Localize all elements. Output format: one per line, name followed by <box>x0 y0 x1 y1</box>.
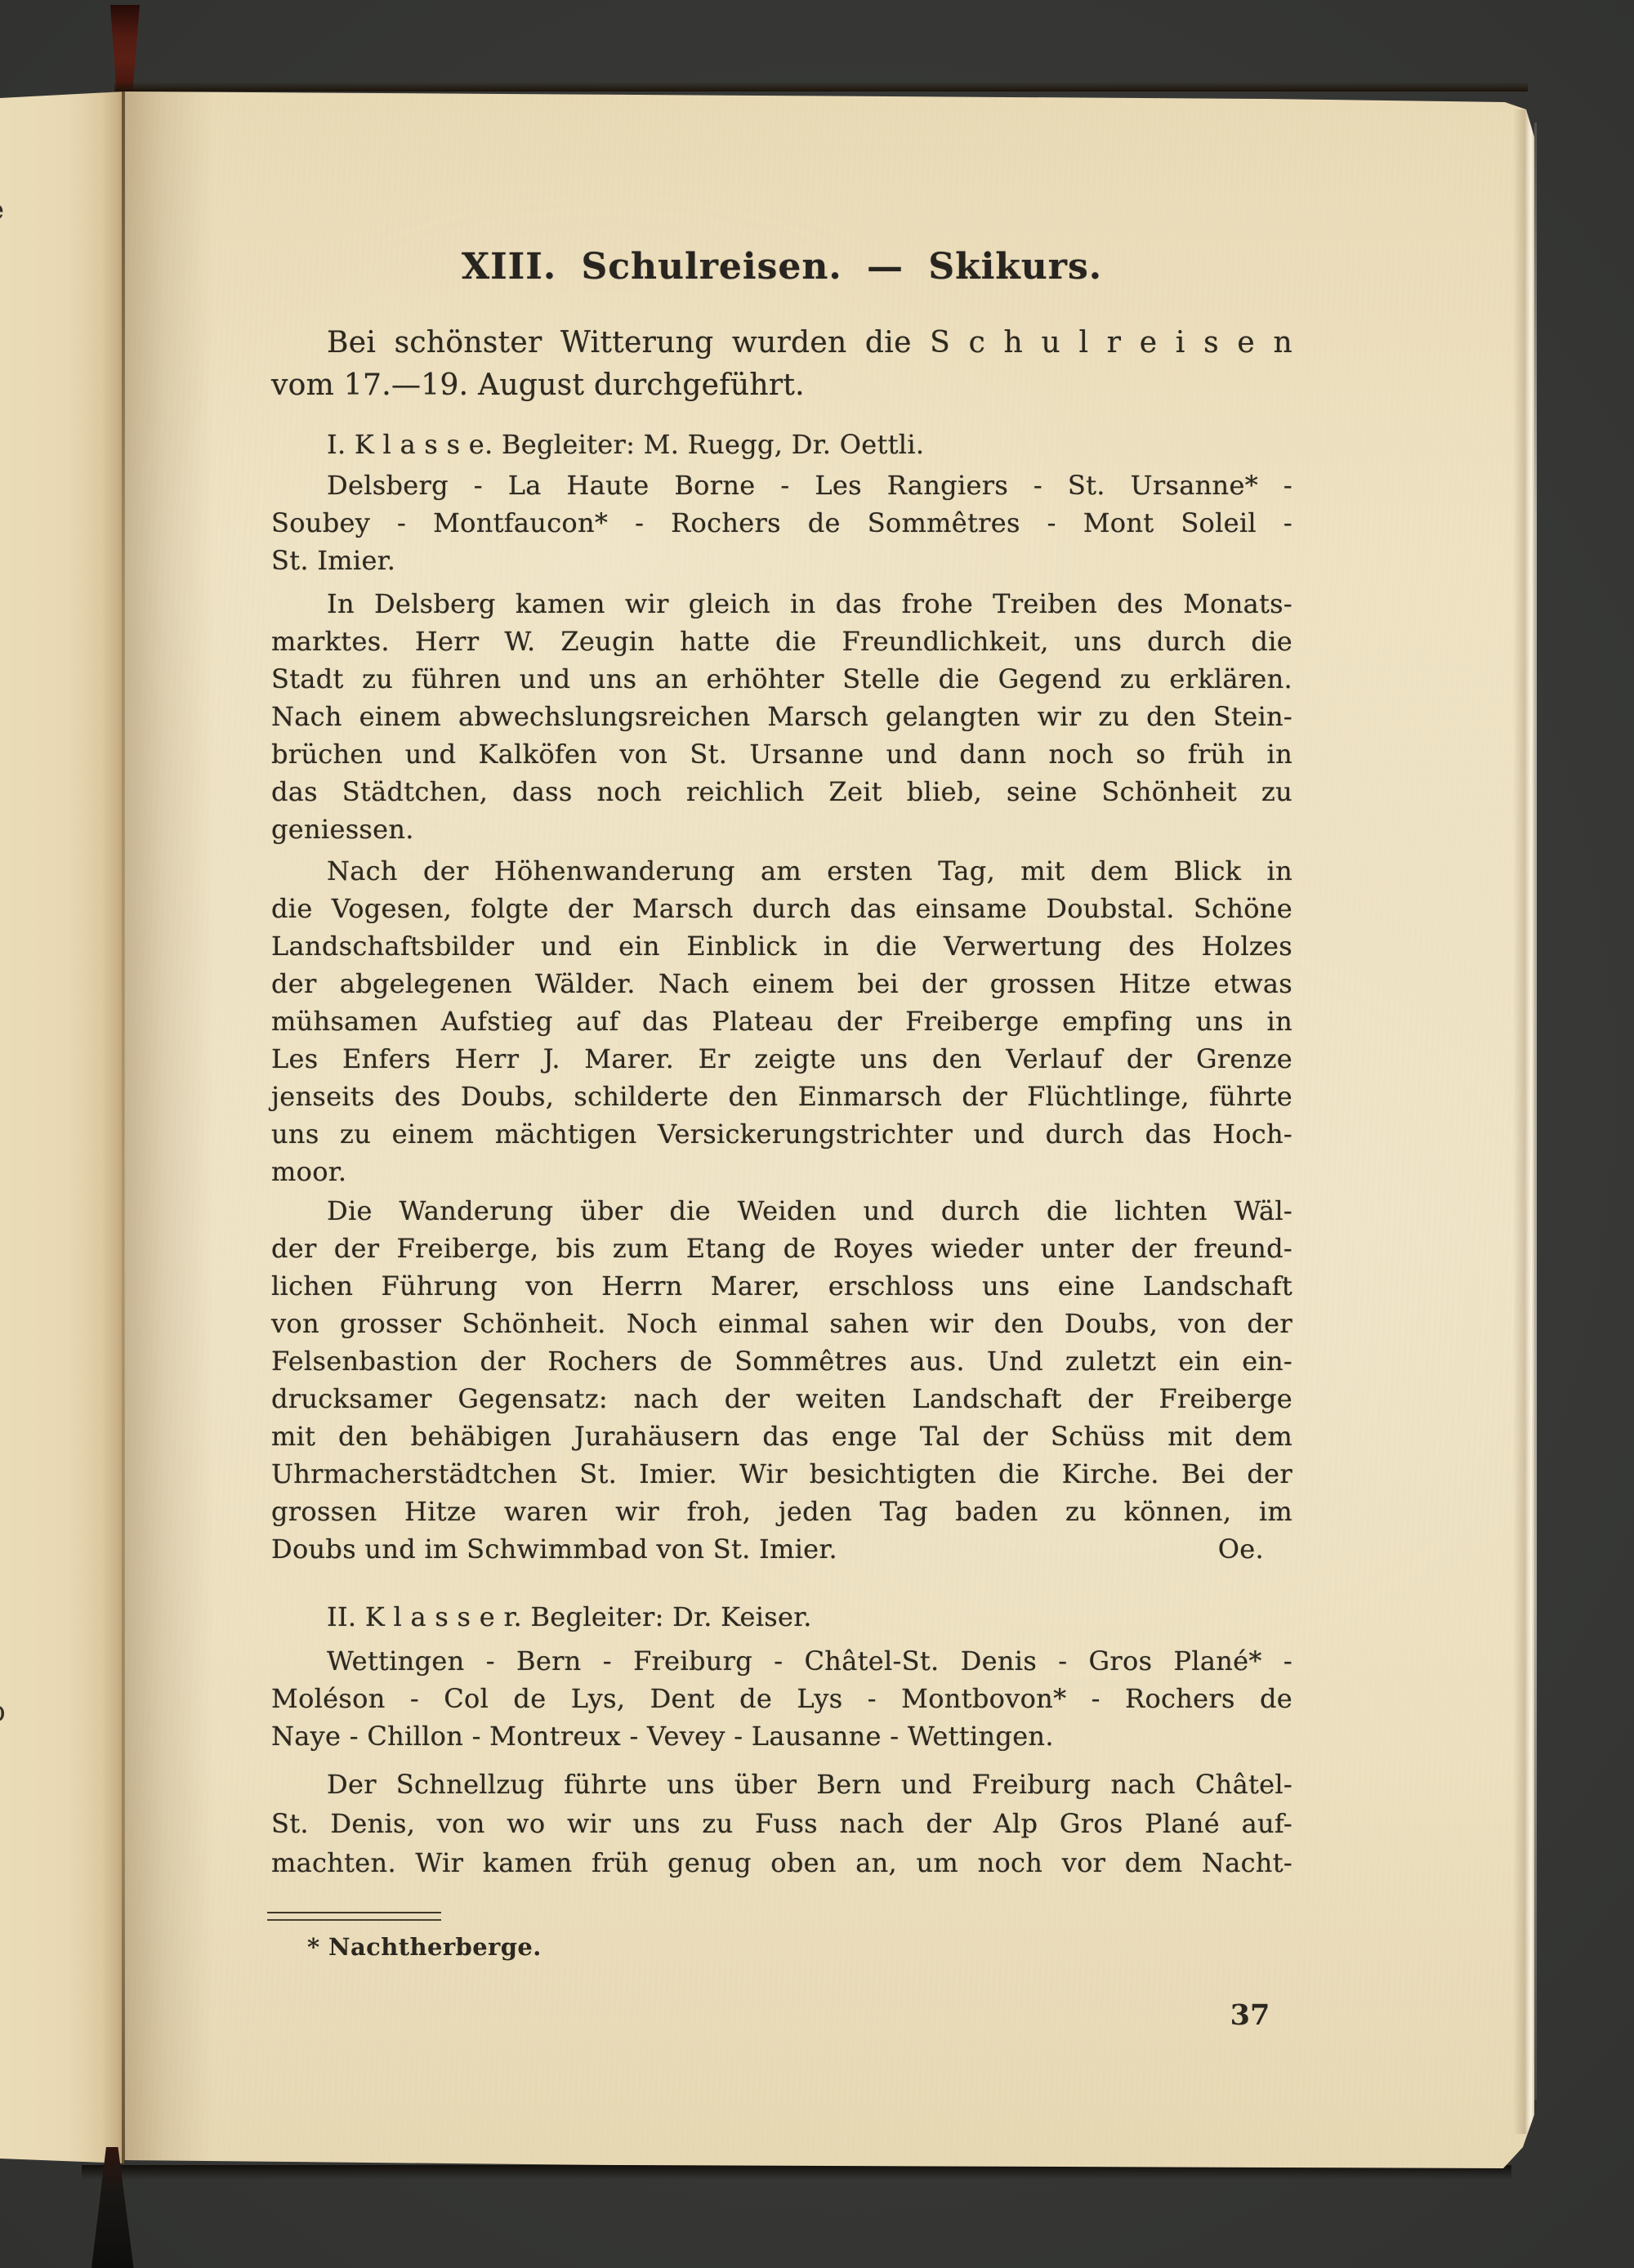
author-initials: Oe. <box>1218 1530 1264 1568</box>
text: Doubs und im Schwimmbad von St. Imier. <box>271 1530 837 1568</box>
text-line: grossen Hitze waren wir froh, jeden Tag … <box>271 1493 1292 1530</box>
text-line: Felsenbastion der Rochers de Sommêtres a… <box>271 1342 1292 1380</box>
text-line: der der Freiberge, bis zum Etang de Roye… <box>271 1230 1292 1267</box>
text-line: uns zu einem mächtigen Versickerungstric… <box>271 1115 1292 1153</box>
page-title: XIII. Schulreisen. — Skikurs. <box>271 246 1292 288</box>
paragraph: Der Schnellzug führte uns über Bern und … <box>271 1765 1292 1882</box>
text-line: brüchen und Kalköfen von St. Ursanne und… <box>271 735 1292 773</box>
text-line: Uhrmacherstädtchen St. Imier. Wir besich… <box>271 1455 1292 1493</box>
text-line: Die Wanderung über die Weiden und durch … <box>271 1192 1292 1230</box>
text-line: Les Enfers Herr J. Marer. Er zeigte uns … <box>271 1040 1292 1078</box>
text-line: Stadt zu führen und uns an erhöhter Stel… <box>271 660 1292 698</box>
text-line: das Städtchen, dass noch reichlich Zeit … <box>271 773 1292 810</box>
section-heading: I. K l a s s e. Begleiter: M. Ruegg, Dr.… <box>271 426 1292 463</box>
text-line: Moléson - Col de Lys, Dent de Lys - Mont… <box>271 1680 1292 1717</box>
text-line: Nach der Höhenwanderung am ersten Tag, m… <box>271 852 1292 890</box>
text-line: marktes. Herr W. Zeugin hatte die Freund… <box>271 623 1292 660</box>
page-number: 37 <box>1224 1998 1276 2032</box>
text-line: der abgelegenen Wälder. Nach einem bei d… <box>271 965 1292 1002</box>
text-line: Soubey - Montfaucon* - Rochers de Sommêt… <box>271 504 1292 542</box>
text-line: moor. <box>271 1153 1292 1190</box>
footnote: * Nachtherberge. <box>307 1933 542 1961</box>
text-line: vom 17.—19. August durchgeführt. <box>271 364 1292 407</box>
paragraph: Wettingen - Bern - Freiburg - Châtel-St.… <box>271 1642 1292 1755</box>
paragraph: Die Wanderung über die Weiden und durch … <box>271 1192 1292 1568</box>
text-line: mühsamen Aufstieg auf das Plateau der Fr… <box>271 1002 1292 1040</box>
scanned-book-photo: e---.---'b XIII. Schulreisen. — Skikurs.… <box>0 0 1634 2268</box>
text-line: drucksamer Gegensatz: nach der weiten La… <box>271 1380 1292 1417</box>
text-line: Delsberg - La Haute Borne - Les Rangiers… <box>271 467 1292 504</box>
paragraph: Bei schönster Witterung wurden die S c h… <box>271 322 1292 407</box>
text-line: Wettingen - Bern - Freiburg - Châtel-St.… <box>271 1642 1292 1680</box>
text-line-with-signature: Doubs und im Schwimmbad von St. Imier.Oe… <box>271 1530 1292 1568</box>
paragraph: Delsberg - La Haute Borne - Les Rangiers… <box>271 467 1292 579</box>
text-line: Nach einem abwechslungsreichen Marsch ge… <box>271 698 1292 735</box>
text-line: Bei schönster Witterung wurden die S c h… <box>271 322 1292 364</box>
text-line: In Delsberg kamen wir gleich in das froh… <box>271 585 1292 623</box>
text-line: Landschaftsbilder und ein Einblick in di… <box>271 927 1292 965</box>
footnote-separator <box>267 1912 441 1921</box>
section-heading: II. K l a s s e r. Begleiter: Dr. Keiser… <box>271 1598 1292 1636</box>
text-line: die Vogesen, folgte der Marsch durch das… <box>271 890 1292 927</box>
text-line: I. K l a s s e. Begleiter: M. Ruegg, Dr.… <box>271 426 1292 463</box>
text-line: von grosser Schönheit. Noch einmal sahen… <box>271 1305 1292 1342</box>
paragraph: Nach der Höhenwanderung am ersten Tag, m… <box>271 852 1292 1190</box>
text-line: St. Imier. <box>271 542 1292 579</box>
text-line: Der Schnellzug führte uns über Bern und … <box>271 1765 1292 1804</box>
text-line: mit den behäbigen Jurahäusern das enge T… <box>271 1417 1292 1455</box>
text-line: Naye - Chillon - Montreux - Vevey - Laus… <box>271 1717 1292 1755</box>
text-line: II. K l a s s e r. Begleiter: Dr. Keiser… <box>271 1598 1292 1636</box>
text-line: lichen Führung von Herrn Marer, erschlos… <box>271 1267 1292 1305</box>
paragraph: In Delsberg kamen wir gleich in das froh… <box>271 585 1292 848</box>
text-line: geniessen. <box>271 810 1292 848</box>
page-content: XIII. Schulreisen. — Skikurs. Bei schöns… <box>0 0 1634 2268</box>
text-line: St. Denis, von wo wir uns zu Fuss nach d… <box>271 1804 1292 1843</box>
text-line: jenseits des Doubs, schilderte den Einma… <box>271 1078 1292 1115</box>
text-line: machten. Wir kamen früh genug oben an, u… <box>271 1843 1292 1882</box>
